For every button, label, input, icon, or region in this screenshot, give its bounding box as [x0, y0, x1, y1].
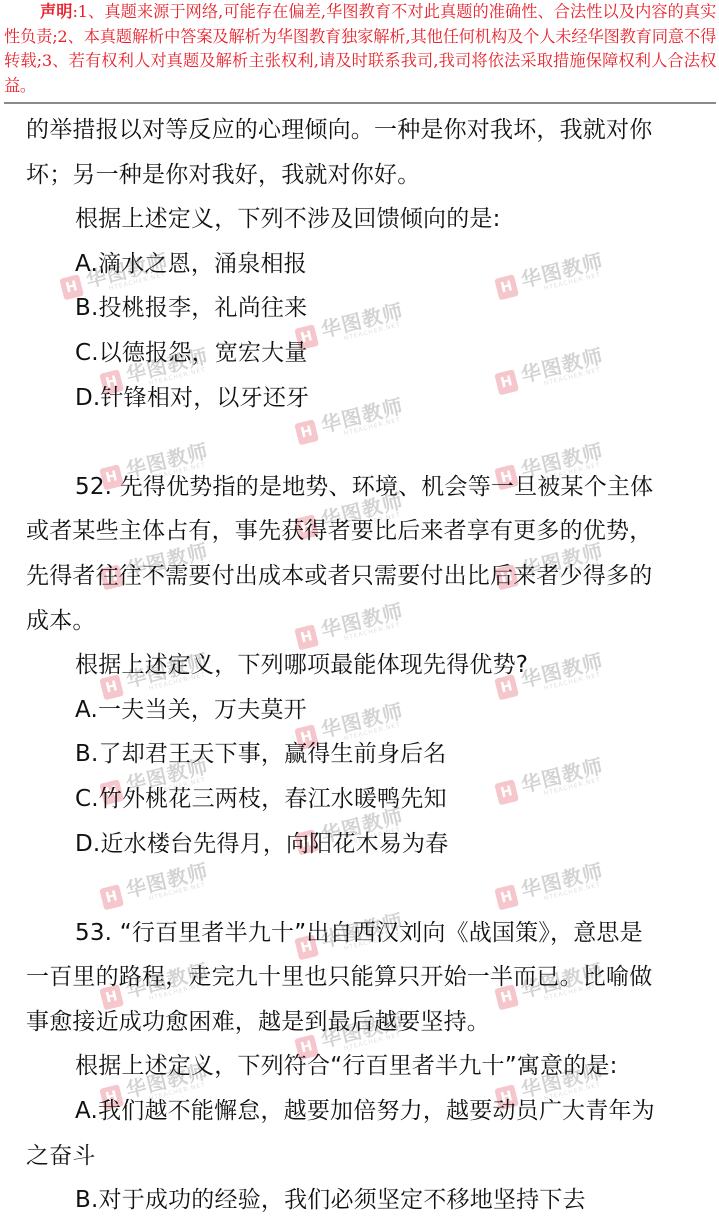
disclaimer: 声明:1、真题来源于网络,可能存在偏差,华图教育不对此真题的准确性、合法性以及内…: [4, 0, 716, 98]
option-a: A.一夫当关，万夫莫开: [26, 688, 710, 733]
question-prompt: 根据上述定义，下列符合“行百里者半九十”寓意的是:: [26, 1044, 710, 1089]
option-b: B.了却君王天下事，赢得生前身后名: [26, 732, 710, 777]
option-a: A.我们越不能懈怠，越要加倍努力，越要动员广大青年为: [26, 1089, 710, 1134]
option-b: B.对于成功的经验，我们必须坚定不移地坚持下去: [26, 1178, 710, 1218]
question-51: 的举措报以对等反应的心理倾向。一种是你对我坏，我就对你 坏；另一种是你对我好，我…: [26, 108, 710, 420]
question-53: 53. “行百里者半九十”出自西汉刘向《战国策》，意思是 一百里的路程，走完九十…: [26, 911, 710, 1218]
question-52: 52. 先得优势指的是地势、环境、机会等一旦被某个主体 或者某些主体占有，事先获…: [26, 465, 710, 866]
stem-line: 53. “行百里者半九十”出自西汉刘向《战国策》，意思是: [26, 911, 710, 956]
stem-line: 坏；另一种是你对我好，我就对你好。: [26, 153, 710, 198]
question-number: 53.: [75, 920, 112, 946]
stem-line: 52. 先得优势指的是地势、环境、机会等一旦被某个主体: [26, 465, 710, 510]
spacer: [26, 420, 710, 465]
question-prompt: 根据上述定义，下列哪项最能体现先得优势?: [26, 643, 710, 688]
question-number: 52.: [75, 474, 112, 500]
question-content: 的举措报以对等反应的心理倾向。一种是你对我坏，我就对你 坏；另一种是你对我好，我…: [26, 108, 710, 1218]
stem-line: 成本。: [26, 599, 710, 644]
stem-line: 的举措报以对等反应的心理倾向。一种是你对我坏，我就对你: [26, 108, 710, 153]
option-c: C.以德报怨，宽宏大量: [26, 331, 710, 376]
stem-line: 事愈接近成功愈困难，越是到最后越要坚持。: [26, 1000, 710, 1045]
disclaimer-text: :1、真题来源于网络,可能存在偏差,华图教育不对此真题的准确性、合法性以及内容的…: [4, 2, 716, 95]
spacer: [26, 866, 710, 911]
stem-line: 一百里的路程，走完九十里也只能算只开始一半而已。比喻做: [26, 955, 710, 1000]
option-c: C.竹外桃花三两枝，春江水暖鸭先知: [26, 777, 710, 822]
option-d: D.近水楼台先得月，向阳花木易为春: [26, 822, 710, 867]
question-prompt: 根据上述定义，下列不涉及回馈倾向的是:: [26, 197, 710, 242]
option-a-continued: 之奋斗: [26, 1134, 710, 1179]
option-b: B.投桃报李，礼尚往来: [26, 286, 710, 331]
option-d: D.针锋相对，以牙还牙: [26, 376, 710, 421]
header-divider: [4, 102, 716, 104]
stem-line: 先得者往往不需要付出成本或者只需要付出比后来者少得多的: [26, 554, 710, 599]
stem-line: 或者某些主体占有，事先获得者要比后来者享有更多的优势，: [26, 509, 710, 554]
disclaimer-label: 声明: [40, 2, 73, 21]
option-a: A.滴水之恩，涌泉相报: [26, 242, 710, 287]
